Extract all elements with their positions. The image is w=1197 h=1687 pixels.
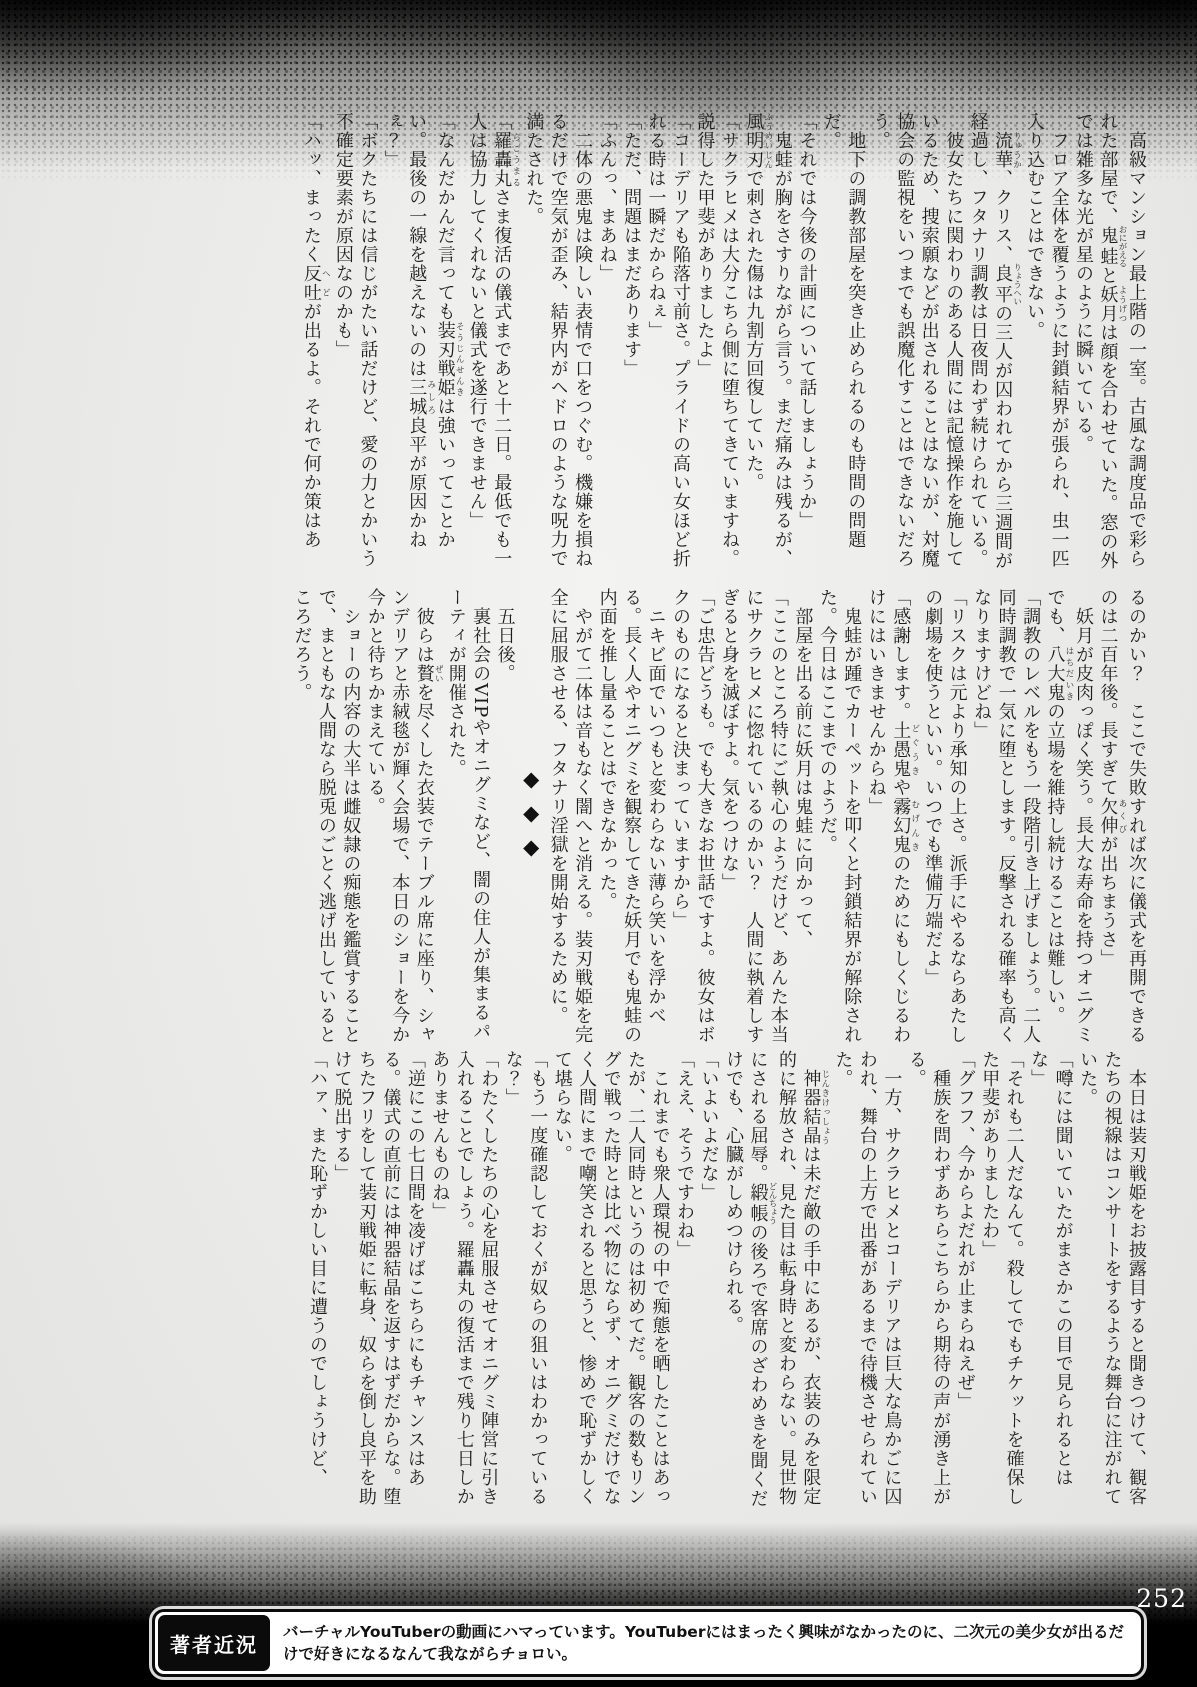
book-page: 高級マンション最上階の一室。古風な調度品で彩られた部屋で、鬼蛙おにがえると妖月よ…: [0, 0, 1197, 1687]
paragraph: 「噂には聞いていたがまさかこの目で見られるとはな」: [1026, 1050, 1075, 1514]
paragraph: これまでも衆人環視の中で痴態を晒したことはあったが、二人同時というのは初めてだ。…: [549, 1050, 671, 1514]
paragraph: ショーの内容の大半は雌奴隷の痴態を鑑賞することで、まともな人間なら脱兎のごとく逃…: [289, 588, 362, 1048]
paragraph: 「羅轟丸らごうまるさま復活の儀式まであと十二日。最低でも一人は協力してくれないと…: [464, 112, 520, 574]
paragraph: 地下の調教部屋を突き止められるのも時間の問題だ。: [818, 112, 867, 574]
paragraph: 妖月が皮肉っぽく笑う。長大な寿命を持つオニグミでも、八大鬼はちだいきの立場を維持…: [1042, 588, 1095, 1048]
paragraph: 「ご忠告どうも。でも大きなお世話ですよ。彼女はボクのものになると決まっていますか…: [668, 588, 717, 1048]
ruby-annotated-word: 八大鬼はちだいき: [1045, 645, 1066, 702]
paragraph: 一方、サクラヒメとコーデリアは巨大な鳥かごに囚われ、舞台の上方で出番があるまで待…: [830, 1050, 903, 1514]
text-section-bottom: 本日は装刃戦姫をお披露目すると聞きつけて、観客たちの視線はコンサートをするような…: [146, 1050, 1148, 1514]
paragraph: 神器結晶じんきけっしょうは未だ敵の手中にあるが、衣装のみを限定的に解放され、見た…: [721, 1050, 830, 1514]
author-note-bar: 著者近況 バーチャルYouTuberの動画にハマっています。YouTuberには…: [152, 1609, 1144, 1677]
paragraph: 「ハァ、また恥ずかしい目に遭うのでしょうけど、: [305, 1050, 329, 1514]
paragraph: 彼女たちに関わりのある人間には記憶操作を施しているため、捜索願などが出されること…: [867, 112, 965, 574]
paragraph: 「ええ、そうですわね」: [672, 1050, 696, 1514]
ruby-annotated-word: 羅轟丸らごうまる: [491, 131, 512, 188]
ruby-annotated-word: 風明刃ふうめいじん: [743, 112, 764, 169]
paragraph: 「リスクは元より承知の上さ。派手にやるならあたしの劇場を使うといい。いつでも準備…: [920, 588, 969, 1048]
ruby-annotated-word: 欠伸あくび: [1098, 797, 1119, 835]
paragraph: 「コーデリアも陥落寸前さ。プライドの高い女ほど折れる時は一瞬だからねぇ」: [643, 112, 692, 574]
ruby-annotated-word: 反吐へど: [301, 264, 322, 302]
paragraph: 「もう一度確認しておくが奴らの狙いはわかっているな？」: [500, 1050, 549, 1514]
author-note-text: バーチャルYouTuberの動画にハマっています。YouTuberにはまったく興…: [273, 1612, 1141, 1674]
ruby-annotated-word: 三城みしろ: [406, 378, 427, 416]
paragraph: 本日は装刃戦姫をお披露目すると聞きつけて、観客たちの視線はコンサートをするような…: [1075, 1050, 1148, 1514]
paragraph: 高級マンション最上階の一室。古風な調度品で彩られた部屋で、鬼蛙おにがえると妖月よ…: [1071, 112, 1148, 574]
ruby-annotated-word: 鬼蛙おにがえる: [1098, 226, 1119, 266]
paragraph: 「なんだかんだ言っても装刃戦姫そうじんせんきは強いってことかい。最後の一線を越え…: [379, 112, 464, 574]
paragraph: 「いよいよだな」: [696, 1050, 720, 1514]
ruby-annotated-word: 霧幻鬼むげんき: [890, 797, 911, 854]
author-note-label: 著者近況: [158, 1615, 270, 1671]
paragraph: 流華りゅうか、クリス、良平りょうへいの三人が囚われてから三週間が経過し、フタナリ…: [965, 112, 1021, 574]
ruby-annotated-word: 流華りゅうか: [992, 131, 1013, 169]
paragraph: 「ボクたちには信じがたい話だけど、愛の力とかいう不確定要素が原因なのかも」: [330, 112, 379, 574]
paragraph: 種族を問わずあちらこちらから期待の声が湧き上がる。: [903, 1050, 952, 1514]
text-section-top: 高級マンション最上階の一室。古風な調度品で彩られた部屋で、鬼蛙おにがえると妖月よ…: [146, 112, 1148, 574]
paragraph: 部屋を出る前に妖月は鬼蛙に向かって、: [790, 588, 814, 1048]
paragraph: るのかい？ ここで失敗すれば次に儀式を再開できるのは二百年後。長すぎて欠伸あくび…: [1095, 588, 1148, 1048]
ruby-annotated-word: 贅ぜい: [414, 664, 435, 683]
paragraph: やがて二体は音もなく闇へと消える。装刃戦姫を完全に屈服させる、フタナリ淫獄を開始…: [545, 588, 594, 1048]
paragraph: 「ふんっ、まあね」: [594, 112, 618, 574]
paragraph: 二体の悪鬼は険しい表情で口をつぐむ。機嫌を損ねるだけで空気が歪み、結界内がヘドロ…: [521, 112, 594, 574]
paragraph: フロア全体を覆うように封鎖結界が張られ、虫一匹入り込むことはできない。: [1022, 112, 1071, 574]
ruby-annotated-word: 妖月ようげつ: [1098, 285, 1119, 323]
paragraph: 「わたくしたちの心を屈服させてオニグミ陣営に引き入れることでしょう。羅轟丸の復活…: [427, 1050, 500, 1514]
paragraph: 「ハッ、まったく反吐へどが出るよ。それで何か策はあ: [298, 112, 330, 574]
paragraph: 彼らは贅ぜいを尽くした衣装でテーブル席に座り、シャンデリアと赤絨毯が輝く会場で、…: [362, 588, 443, 1048]
paragraph: 裏社会のVIPやオニグミなど、闇の住人が集まるパーティが開催された。: [443, 588, 492, 1048]
paragraph: ニキビ面でいつもと変わらない薄ら笑いを浮かべる。長く人やオニグミを観察してきた妖…: [594, 588, 667, 1048]
ruby-annotated-word: 神器結晶じんきけっしょう: [800, 1069, 821, 1145]
paragraph: 「感謝します。土愚鬼どぐうきや霧幻鬼むげんきのためにもしくじるわけにはいきません…: [863, 588, 919, 1048]
paragraph: 「サクラヒメは大分こちら側に堕ちてきていますね。説得した甲斐がありましたよ」: [692, 112, 741, 574]
paragraph: 「ここのところ特にご執心のようだけど、あんた本当にサクラヒメに惚れているのかい？…: [716, 588, 789, 1048]
paragraph: 五日後。: [492, 588, 516, 1048]
ruby-annotated-word: 装刃戦姫そうじんせんき: [435, 321, 456, 397]
section-separator: ◆◆◆: [517, 588, 546, 1048]
paragraph: 鬼蛙が胸をさすりながら言う。まだ痛みは残るが、風明刃ふうめいじんで刺された傷は九…: [741, 112, 794, 574]
ruby-annotated-word: 緞帳どんちょう: [747, 1183, 768, 1223]
paragraph: 「ただ、問題はまだあります」: [619, 112, 643, 574]
paragraph: 「調教のレベルをもう一段階引き上げましょう。二人同時調教で一気に堕とします。反撃…: [969, 588, 1042, 1048]
text-section-middle: るのかい？ ここで失敗すれば次に儀式を再開できるのは二百年後。長すぎて欠伸あくび…: [146, 588, 1148, 1048]
paragraph: 「逆にこの七日間を凌げばこちらにもチャンスはある。儀式の直前には神器結晶を返すは…: [329, 1050, 427, 1514]
paragraph: 「それでは今後の計画について話しましょうか」: [794, 112, 818, 574]
page-number: 252: [1136, 1584, 1187, 1613]
paragraph: 「グフフ、今からよだれが止まらねえぜ」: [952, 1050, 976, 1514]
ruby-annotated-word: 土愚鬼どぐうき: [890, 721, 911, 778]
ruby-annotated-word: 良平りょうへい: [992, 264, 1013, 304]
paragraph: 鬼蛙が踵でカーペットを叩くと封鎖結界が解除された。今日はここまでのようだ。: [814, 588, 863, 1048]
paragraph: 「それも二人だなんて。殺してでもチケットを確保した甲斐がありましたわ」: [977, 1050, 1026, 1514]
